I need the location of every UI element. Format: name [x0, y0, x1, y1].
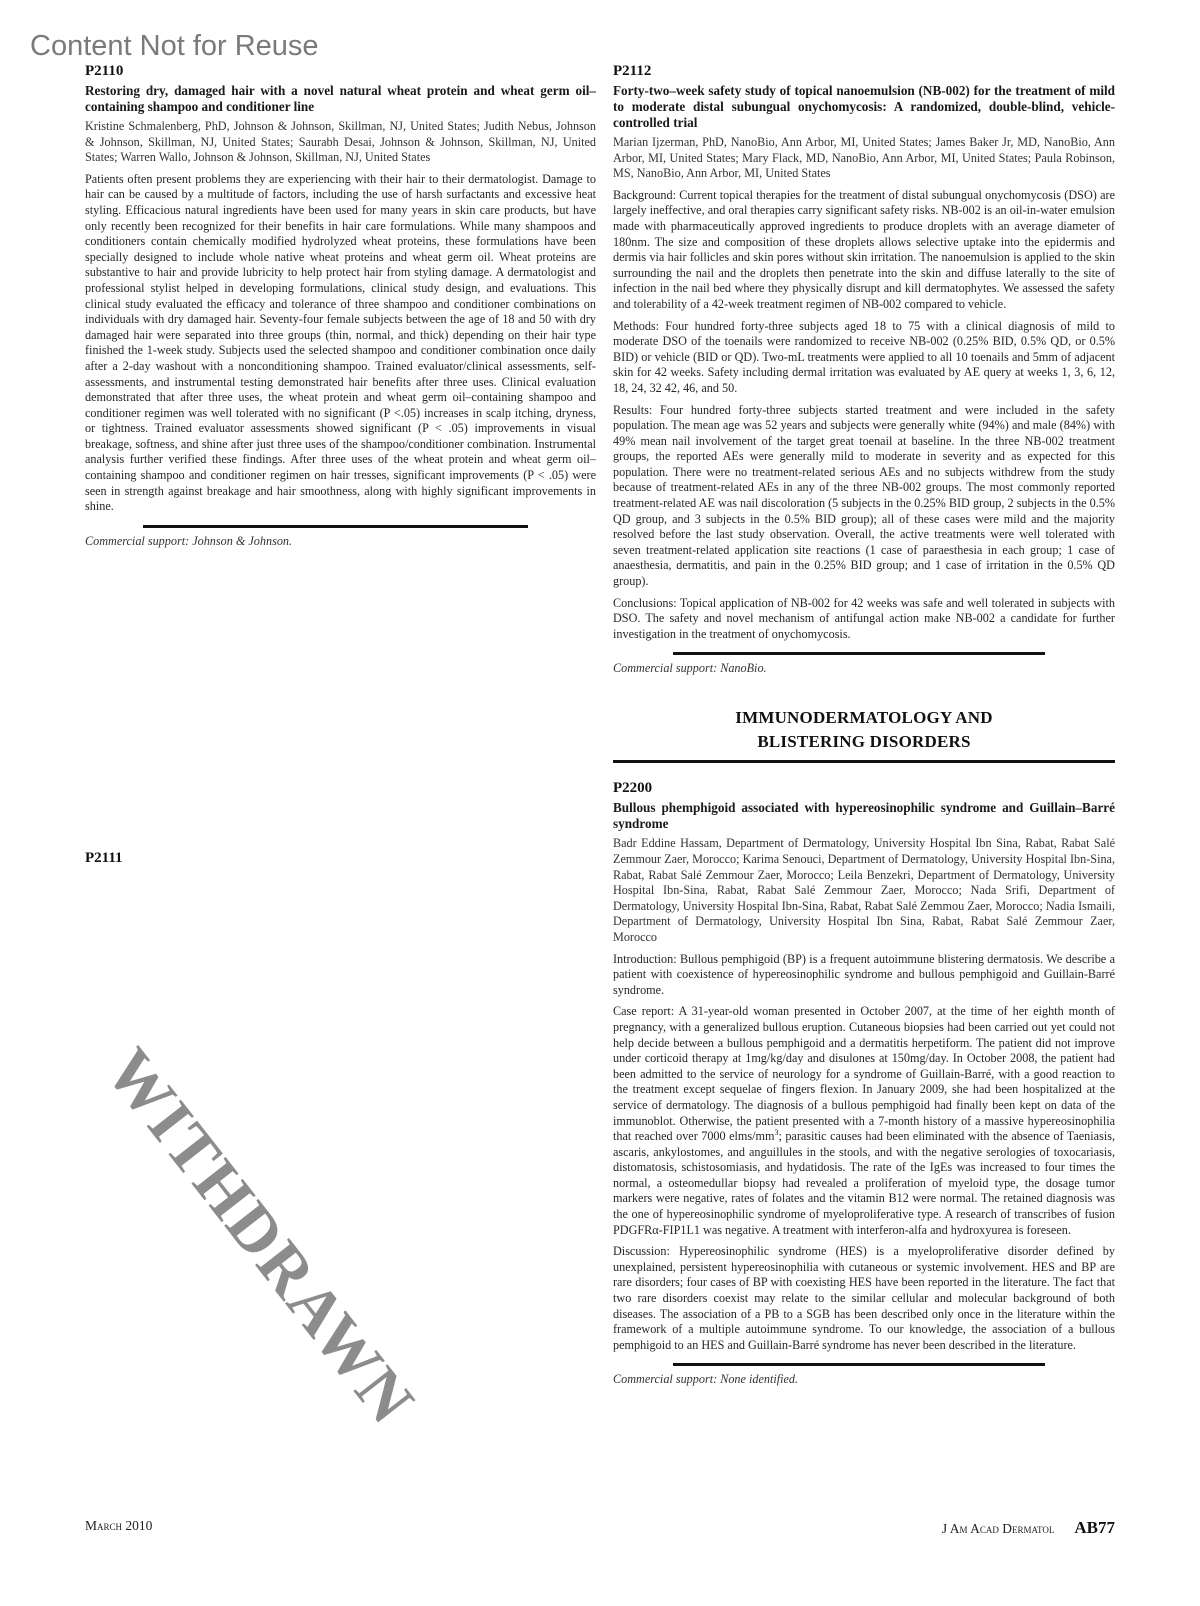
section-heading: IMMUNODERMATOLOGY AND BLISTERING DISORDE…: [613, 706, 1115, 763]
case-report-text-a: Case report: A 31-year-old woman present…: [613, 1004, 1115, 1143]
abstract-authors: Badr Eddine Hassam, Department of Dermat…: [613, 836, 1115, 945]
divider-rule: [143, 525, 528, 528]
abstract-case-report: Case report: A 31-year-old woman present…: [613, 1004, 1115, 1238]
abstract-background: Background: Current topical therapies fo…: [613, 188, 1115, 313]
abstract-conclusions: Conclusions: Topical application of NB-0…: [613, 596, 1115, 643]
abstract-title: Bullous phemphigoid associated with hype…: [613, 800, 1115, 832]
abstract-p2112: P2112 Forty-two–week safety study of top…: [613, 62, 1115, 676]
abstract-authors: Marian Ijzerman, PhD, NanoBio, Ann Arbor…: [613, 135, 1115, 182]
abstract-p2200: P2200 Bullous phemphigoid associated wit…: [613, 779, 1115, 1387]
content-watermark: Content Not for Reuse: [30, 30, 319, 63]
abstract-title: Restoring dry, damaged hair with a novel…: [85, 83, 596, 115]
withdrawn-stamp: WITHDRAWN: [90, 1035, 430, 1440]
abstract-authors: Kristine Schmalenberg, PhD, Johnson & Jo…: [85, 119, 596, 166]
left-column: P2110 Restoring dry, damaged hair with a…: [85, 62, 596, 549]
case-report-text-b: ; parasitic causes had been eliminated w…: [613, 1129, 1115, 1237]
abstract-results: Results: Four hundred forty-three subjec…: [613, 403, 1115, 590]
issue-date: March 2010: [85, 1518, 152, 1534]
abstract-id: P2110: [85, 62, 596, 80]
footer-right: J Am Acad Dermatol AB77: [942, 1518, 1115, 1538]
commercial-support: Commercial support: None identified.: [613, 1372, 1115, 1387]
abstract-introduction: Introduction: Bullous pemphigoid (BP) is…: [613, 952, 1115, 999]
section-heading-line-2: BLISTERING DISORDERS: [613, 730, 1115, 754]
abstract-id: P2200: [613, 779, 1115, 797]
divider-rule: [673, 652, 1045, 655]
divider-rule: [673, 1363, 1045, 1366]
abstract-id-withdrawn: P2111: [85, 850, 123, 867]
abstract-id: P2112: [613, 62, 1115, 80]
journal-name: J Am Acad Dermatol: [942, 1521, 1054, 1537]
commercial-support: Commercial support: NanoBio.: [613, 661, 1115, 676]
abstract-title: Forty-two–week safety study of topical n…: [613, 83, 1115, 131]
section-heading-line-1: IMMUNODERMATOLOGY AND: [613, 706, 1115, 730]
page-footer: March 2010 J Am Acad Dermatol AB77: [85, 1518, 1115, 1538]
abstract-methods: Methods: Four hundred forty-three subjec…: [613, 319, 1115, 397]
page-number: AB77: [1074, 1518, 1115, 1538]
abstract-p2110: P2110 Restoring dry, damaged hair with a…: [85, 62, 596, 549]
right-column: P2112 Forty-two–week safety study of top…: [613, 62, 1115, 1387]
commercial-support: Commercial support: Johnson & Johnson.: [85, 534, 596, 549]
abstract-discussion: Discussion: Hypereosinophilic syndrome (…: [613, 1244, 1115, 1353]
abstract-body: Patients often present problems they are…: [85, 172, 596, 515]
